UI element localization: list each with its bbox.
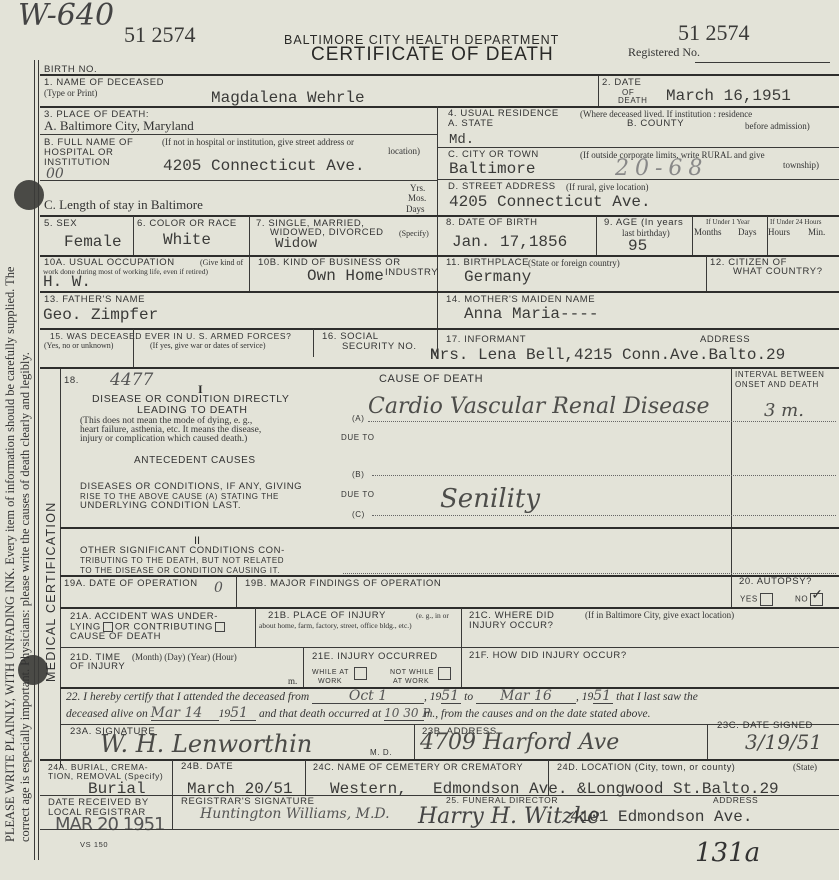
field-5-label: 5. SEX [44, 219, 77, 229]
cause-a-label: (A) [352, 414, 364, 424]
field-12-label2: WHAT COUNTRY? [733, 267, 823, 277]
last-seen-date[interactable]: Mar 14 [151, 706, 219, 721]
certify-line-2: deceased alive on Mar 141951 and that de… [66, 706, 650, 721]
punch-hole [14, 180, 44, 210]
field-21d-m: m. [288, 676, 297, 686]
attended-to[interactable]: Mar 16 [476, 689, 576, 704]
field-14-label: 14. MOTHER'S MAIDEN NAME [446, 295, 595, 305]
place-of-death-city: A. Baltimore City, Maryland [44, 119, 194, 133]
to-label: to [464, 691, 473, 703]
autopsy-yes-checkbox[interactable] [760, 593, 773, 606]
cause-b-label: (B) [352, 470, 364, 480]
field-21f-label: 21F. HOW DID INJURY OCCUR? [469, 651, 627, 661]
certify-text-2a: deceased alive on [66, 708, 148, 720]
field-10b-label2: INDUSTRY [385, 268, 438, 278]
registrar-signature[interactable]: Huntington Williams, M.D. [200, 806, 390, 822]
not-while-at-work-label2: AT WORK [393, 677, 429, 687]
residence-handwritten-code: 20-68 [615, 156, 708, 181]
informant-value: Mrs. Lena Bell,4215 Conn.Ave.Balto.29 [430, 346, 785, 364]
race-value: White [163, 231, 211, 249]
physician-address[interactable]: 4709 Harford Ave [420, 730, 619, 755]
antecedent-causes-label: ANTECEDENT CAUSES [134, 456, 256, 466]
min-label: Min. [808, 227, 825, 237]
business-value: Own Home [307, 267, 384, 285]
father-name: Geo. Zimpfer [43, 306, 158, 324]
cause-a-interval[interactable]: 3 m. [764, 400, 804, 421]
field-15-note: (Yes, no or unknown) [44, 341, 113, 351]
field-3b-note2: location) [388, 146, 420, 156]
while-at-work-checkbox[interactable] [354, 667, 367, 680]
field-3b-note: (If not in hospital or institution, give… [162, 137, 354, 147]
months-label: Months [694, 227, 722, 237]
registered-no-label: Registered No. [628, 47, 700, 57]
field-19b-label: 19B. MAJOR FINDINGS OF OPERATION [245, 579, 441, 589]
field-17-address-label: ADDRESS [700, 335, 750, 345]
field-6-label: 6. COLOR OR RACE [137, 219, 237, 229]
field-16-label2: SECURITY NO. [342, 342, 417, 352]
due-to-label-1: DUE TO [341, 433, 375, 443]
field-4c-note2: township) [783, 160, 819, 170]
field-24c-label: 24C. NAME OF CEMETERY OR CREMATORY [313, 762, 523, 772]
field-19a-label: 19A. DATE OF OPERATION [64, 579, 198, 589]
birthplace-value: Germany [464, 268, 531, 286]
mos-label: Mos. [408, 193, 426, 203]
field-2-label-death: DEATH [618, 96, 648, 106]
field-17-label: 17. INFORMANT [446, 335, 526, 345]
certify-text-1a: 22. I hereby certify that I attended the… [66, 691, 309, 703]
yrs-label: Yrs. [410, 183, 425, 193]
autopsy-no-label: NO [795, 595, 808, 604]
deceased-name: Magdalena Wehrle [211, 89, 365, 107]
certify-text-2b: and that death occurred at [259, 708, 381, 720]
field-24b-label: 24B. DATE [181, 762, 233, 772]
field-21d-label2: OF INJURY [70, 662, 125, 672]
check-mark-icon: ✓ [811, 589, 823, 599]
field-21d-note: (Month) (Day) (Year) (Hour) [132, 652, 237, 662]
cause-a-value[interactable]: Cardio Vascular Renal Disease [368, 394, 710, 419]
part-1-title2: LEADING TO DEATH [137, 405, 248, 415]
field-21b-label: 21B. PLACE OF INJURY [268, 611, 386, 621]
funeral-director-address: 4101 Edmondson Ave. [570, 808, 752, 826]
field-4-note2: before admission) [745, 121, 810, 131]
form-number: VS 150 [80, 840, 108, 850]
autopsy-no[interactable]: NO✓ [795, 593, 825, 606]
marital-status-value: Widow [275, 235, 317, 253]
autopsy-yes-label: YES [740, 595, 758, 604]
part-1-title: DISEASE OR CONDITION DIRECTLY [92, 394, 289, 404]
field-1-label: 1. NAME OF DECEASED [44, 78, 164, 88]
days-label-age: Days [738, 227, 757, 237]
footer-handwritten-mark: 131a [695, 838, 760, 868]
field-1-sub: (Type or Print) [44, 88, 97, 98]
attended-to-year[interactable]: 51 [593, 689, 613, 704]
sex-value: Female [64, 233, 122, 251]
field-13-label: 13. FATHER'S NAME [44, 295, 145, 305]
time-of-death[interactable]: 10 30 P [384, 706, 424, 721]
residence-city: Baltimore [449, 160, 535, 178]
antecedent-note: DISEASES OR CONDITIONS, IF ANY, GIVING [80, 482, 302, 492]
cause-handwritten-number: 4477 [110, 370, 153, 390]
field-21a-label: 21A. ACCIDENT WAS UNDER- [70, 612, 218, 622]
file-mark: W-640 [18, 0, 114, 33]
field-21b-note2: about home, farm, factory, street, offic… [259, 621, 412, 631]
mother-maiden-name: Anna Maria---- [464, 305, 598, 323]
birth-no-value: 51 2574 [124, 26, 196, 44]
autopsy-no-checkbox[interactable]: ✓ [810, 593, 823, 606]
days-label: Days [406, 204, 425, 214]
autopsy-yes[interactable]: YES [740, 593, 775, 606]
field-11-label: 11. BIRTHPLACE [446, 258, 529, 268]
certificate-title: CERTIFICATE OF DEATH [311, 44, 554, 66]
cause-c-label: (C) [352, 510, 365, 520]
hours-label: Hours [768, 227, 790, 237]
under-1-year-label: If Under 1 Year [706, 217, 750, 227]
field-24d-state: (State) [793, 762, 817, 772]
while-at-work-label2: WORK [318, 677, 342, 687]
field-21c-note: (If in Baltimore City, give exact locati… [585, 610, 734, 620]
field-21a-label4: CAUSE OF DEATH [70, 632, 161, 642]
under-24-hours-label: If Under 24 Hours [770, 217, 822, 227]
hospital-or-address: 4205 Connecticut Ave. [163, 157, 365, 175]
side-instruction-line2: correct age is especially important. Phy… [18, 352, 33, 842]
field-7-specify: (Specify) [399, 229, 429, 239]
due-to-label-2: DUE TO [341, 490, 375, 500]
date-of-birth: Jan. 17,1856 [452, 233, 567, 251]
field-9-label: 9. AGE (In years [604, 218, 683, 228]
contributing-checkbox[interactable] [215, 622, 225, 632]
field-4b-label: B. COUNTY [627, 119, 684, 129]
date-signed[interactable]: 3/19/51 [745, 730, 822, 754]
field-3c-label: C. Length of stay in Baltimore [44, 200, 203, 210]
certify-text-1b: that I last saw the [616, 691, 698, 703]
registered-no-value: 51 2574 [678, 24, 750, 42]
md-label: M. D. [370, 748, 392, 758]
field-21e-label: 21E. INJURY OCCURRED [312, 652, 438, 662]
field-15-label: 15. WAS DECEASED EVER IN U. S. ARMED FOR… [50, 331, 291, 341]
field-8-label: 8. DATE OF BIRTH [446, 218, 538, 228]
cause-c-value[interactable]: Senility [440, 484, 540, 514]
date-received-stamp: MAR 20 1951 [55, 814, 165, 835]
side-instruction-line1: PLEASE WRITE PLAINLY, WITH UNFADING INK.… [3, 267, 18, 842]
residence-street: 4205 Connecticut Ave. [449, 193, 651, 211]
attended-from[interactable]: Oct 1 [312, 689, 424, 704]
part-2-note2: TRIBUTING TO THE DEATH, BUT NOT RELATED [80, 556, 284, 566]
field-21c-label2: INJURY OCCUR? [469, 621, 554, 631]
field-24d-label: 24D. LOCATION (City, town, or county) [557, 762, 735, 772]
not-while-at-work-checkbox[interactable] [438, 667, 451, 680]
physician-signature[interactable]: W. H. Lenworthin [100, 730, 312, 758]
certify-line-1: 22. I hereby certify that I attended the… [66, 689, 698, 704]
last-seen-year[interactable]: 51 [230, 706, 256, 721]
age-value: 95 [628, 237, 647, 255]
field-4a-label: A. STATE [448, 119, 494, 129]
antecedent-note3: UNDERLYING CONDITION LAST. [80, 501, 241, 511]
interval-label: INTERVAL BETWEEN [735, 370, 824, 380]
field-4d-note: (If rural, give location) [566, 182, 648, 192]
cause-of-death-title: CAUSE OF DEATH [379, 374, 483, 384]
field-21b-note: (e. g., in or [416, 611, 449, 621]
certify-text-2c: m., from the causes and on the date stat… [424, 708, 650, 720]
field-20-label: 20. AUTOPSY? [739, 577, 812, 587]
interval-label2: ONSET AND DEATH [735, 380, 819, 390]
field-4c-label: C. CITY OR TOWN [448, 150, 539, 160]
field-2-label: 2. DATE [602, 78, 641, 88]
part-1-note3: injury or complication which caused deat… [80, 434, 247, 444]
part-2-note: OTHER SIGNIFICANT CONDITIONS CON- [80, 546, 285, 556]
field-11-note: (State or foreign country) [528, 258, 620, 268]
field-15-note2: (If yes, give war or dates of service) [150, 341, 266, 351]
operation-date-value: 0 [214, 580, 223, 596]
attended-from-year[interactable]: 51 [441, 689, 461, 704]
date-of-death: March 16,1951 [666, 87, 791, 105]
field-18-label: 18. [64, 376, 79, 386]
occupation-value: H. W. [43, 273, 91, 291]
medical-certification-label: MEDICAL CERTIFICATION [44, 501, 58, 682]
field-25-address-label: ADDRESS [713, 795, 758, 805]
field-4d-label: D. STREET ADDRESS [448, 182, 556, 192]
